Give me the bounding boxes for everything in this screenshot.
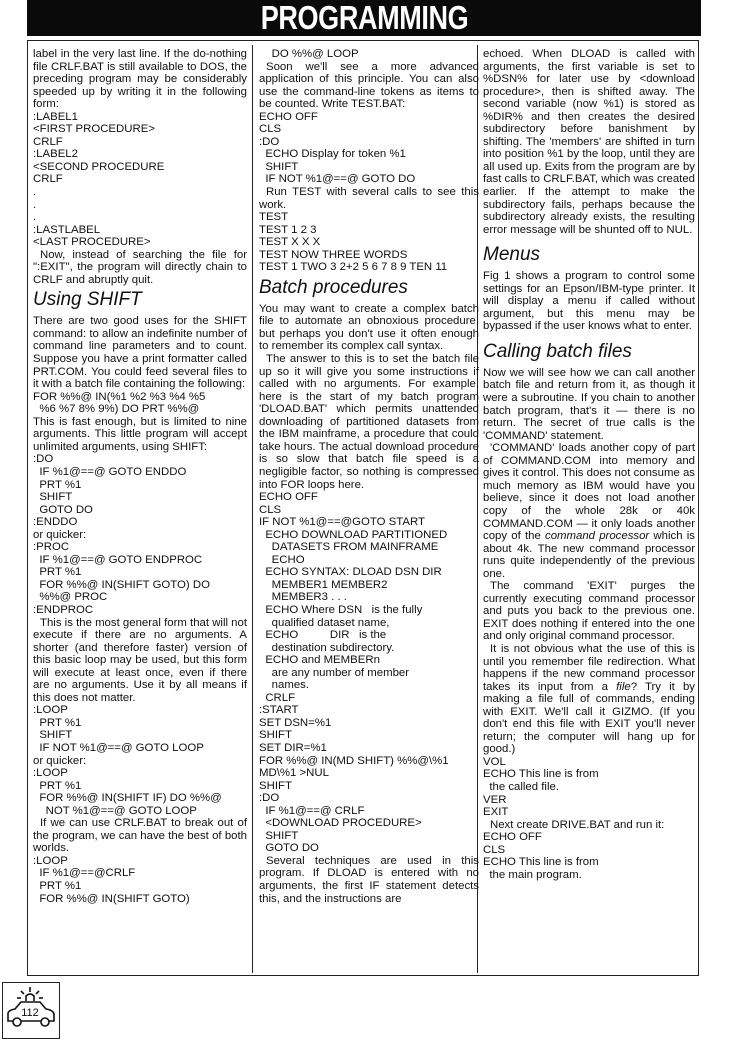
- code-line: IF NOT %1@==@GOTO START: [259, 516, 479, 529]
- code-line: FOR %%@ IN(SHIFT GOTO) DO: [33, 579, 247, 592]
- code-line: FOR %%@ IN(SHIFT IF) DO %%@: [33, 792, 247, 805]
- paragraph: Now we will see how we can call another …: [483, 367, 695, 442]
- code-line: SHIFT: [259, 780, 479, 793]
- code-line: :DO: [259, 136, 479, 149]
- code-line: are any number of member: [259, 667, 479, 680]
- code-line: SET DSN=%1: [259, 717, 479, 730]
- paragraph: You may want to create a complex batch f…: [259, 303, 479, 353]
- code-line: ECHO OFF: [259, 111, 479, 124]
- code-line: SHIFT: [33, 491, 247, 504]
- code-line: IF NOT %1@==@ GOTO LOOP: [33, 742, 247, 755]
- code-block: FOR %%@ IN(%1 %2 %3 %4 %5 %6 %7 8% 9%) D…: [33, 391, 247, 416]
- code-line: ECHO This line is from: [483, 856, 695, 869]
- paragraph: This is fast enough, but is limited to n…: [33, 416, 247, 454]
- code-line: CRLF: [33, 173, 247, 186]
- code-line: IF NOT %1@==@ GOTO DO: [259, 173, 479, 186]
- paragraph: echoed. When DLOAD is called with argume…: [483, 48, 695, 236]
- column-1: label in the very last line. If the do-n…: [33, 48, 247, 905]
- article-frame: label in the very last line. If the do-n…: [27, 40, 699, 976]
- code-line: SET DIR=%1: [259, 742, 479, 755]
- paragraph: Fig 1 shows a program to control some se…: [483, 270, 695, 333]
- code-line: :ENDPROC: [33, 604, 247, 617]
- code-line: ECHO OFF: [483, 831, 695, 844]
- paragraph: If we can use CRLF.BAT to break out of t…: [33, 817, 247, 855]
- column-3: echoed. When DLOAD is called with argume…: [483, 48, 695, 881]
- code-line: SHIFT: [259, 830, 479, 843]
- code-line: GOTO DO: [33, 504, 247, 517]
- emphasis: command processor: [545, 530, 649, 542]
- code-line: ECHO and MEMBERn: [259, 654, 479, 667]
- paragraph: It is not obvious what the use of this i…: [483, 643, 695, 756]
- code-line: PRT %1: [33, 479, 247, 492]
- heading-calling-batch-files: Calling batch files: [483, 341, 695, 363]
- code-block: DO %%@ LOOP: [259, 48, 479, 61]
- code-block: :DO IF %1@==@ GOTO ENDDO PRT %1 SHIFT GO…: [33, 453, 247, 616]
- code-line: IF %1@==@ CRLF: [259, 805, 479, 818]
- code-line: names.: [259, 679, 479, 692]
- code-line: MD\%1 >NUL: [259, 767, 479, 780]
- code-line: qualified dataset name,: [259, 617, 479, 630]
- code-line: :LABEL1: [33, 111, 247, 124]
- code-block: VOLECHO This line is from the called fil…: [483, 756, 695, 819]
- section-header: PROGRAMMING: [27, 0, 701, 36]
- paragraph: Several techniques are used in this prog…: [259, 855, 479, 905]
- code-line: <LAST PROCEDURE>: [33, 236, 247, 249]
- code-line: PRT %1: [33, 566, 247, 579]
- code-block: ECHO OFFCLS:DO ECHO Display for token %1…: [259, 111, 479, 186]
- code-line: <DOWNLOAD PROCEDURE>: [259, 817, 479, 830]
- code-line: MEMBER1 MEMBER2: [259, 579, 479, 592]
- code-line: NOT %1@==@ GOTO LOOP: [33, 805, 247, 818]
- code-line: :PROC: [33, 541, 247, 554]
- column-divider: [252, 45, 253, 973]
- paragraph: label in the very last line. If the do-n…: [33, 48, 247, 111]
- code-line: or quicker:: [33, 755, 247, 768]
- code-line: TEST 1 2 3: [259, 224, 479, 237]
- code-block: ECHO OFFCLSIF NOT %1@==@GOTO START ECHO …: [259, 491, 479, 855]
- heading-using-shift: Using SHIFT: [33, 289, 247, 311]
- code-line: FOR %%@ IN(SHIFT GOTO): [33, 893, 247, 906]
- paragraph: 'COMMAND' loads another copy of part of …: [483, 442, 695, 580]
- code-line: SHIFT: [259, 161, 479, 174]
- code-line: DATASETS FROM MAINFRAME: [259, 541, 479, 554]
- code-line: .: [33, 211, 247, 224]
- code-line: PRT %1: [33, 717, 247, 730]
- heading-menus: Menus: [483, 244, 695, 266]
- code-line: VER: [483, 794, 695, 807]
- code-line: ECHO: [259, 554, 479, 567]
- code-line: IF %1@==@ GOTO ENDDO: [33, 466, 247, 479]
- code-block: :LABEL1<FIRST PROCEDURE>CRLF:LABEL2<SECO…: [33, 111, 247, 249]
- code-line: IF %1@==@CRLF: [33, 867, 247, 880]
- code-line: CLS: [259, 504, 479, 517]
- paragraph: There are two good uses for the SHIFT co…: [33, 315, 247, 390]
- code-line: DO %%@ LOOP: [259, 48, 479, 61]
- code-line: :LOOP: [33, 855, 247, 868]
- paragraph: This is the most general form that will …: [33, 617, 247, 705]
- code-line: FOR %%@ IN(MD SHIFT) %%@\%1: [259, 755, 479, 768]
- code-line: <FIRST PROCEDURE>: [33, 123, 247, 136]
- code-line: .: [33, 186, 247, 199]
- code-line: FOR %%@ IN(%1 %2 %3 %4 %5: [33, 391, 247, 404]
- code-line: %6 %7 8% 9%) DO PRT %%@: [33, 403, 247, 416]
- code-block: :LOOP PRT %1 SHIFT IF NOT %1@==@ GOTO LO…: [33, 704, 247, 817]
- code-line: :DO: [33, 453, 247, 466]
- code-line: :LOOP: [33, 704, 247, 717]
- paragraph: Run TEST with several calls to see this …: [259, 186, 479, 211]
- code-line: EXIT: [483, 806, 695, 819]
- code-line: CLS: [259, 123, 479, 136]
- paragraph: Next create DRIVE.BAT and run it:: [483, 819, 695, 832]
- code-line: .: [33, 199, 247, 212]
- code-line: TEST NOW THREE WORDS: [259, 249, 479, 262]
- section-title: PROGRAMMING: [260, 0, 467, 36]
- code-line: CRLF: [259, 692, 479, 705]
- code-line: PRT %1: [33, 880, 247, 893]
- icon-label: 112: [21, 1007, 39, 1019]
- code-line: :LABEL2: [33, 148, 247, 161]
- code-line: ECHO DOWNLOAD PARTITIONED: [259, 529, 479, 542]
- code-line: TEST X X X: [259, 236, 479, 249]
- code-block: TESTTEST 1 2 3TEST X X XTEST NOW THREE W…: [259, 211, 479, 274]
- code-line: VOL: [483, 756, 695, 769]
- code-line: GOTO DO: [259, 842, 479, 855]
- code-block: ECHO OFFCLSECHO This line is from the ma…: [483, 831, 695, 881]
- code-line: :DO: [259, 792, 479, 805]
- police-car-icon: 112: [2, 982, 60, 1039]
- paragraph: Soon we'll see a more advanced applicati…: [259, 61, 479, 111]
- code-line: ECHO OFF: [259, 491, 479, 504]
- code-line: ECHO DIR is the: [259, 629, 479, 642]
- paragraph: The answer to this is to set the batch f…: [259, 353, 479, 491]
- code-line: ECHO SYNTAX: DLOAD DSN DIR: [259, 566, 479, 579]
- code-line: the called file.: [483, 781, 695, 794]
- code-line: ECHO Where DSN is the fully: [259, 604, 479, 617]
- code-line: :ENDDO: [33, 516, 247, 529]
- code-line: SHIFT: [259, 729, 479, 742]
- code-line: CRLF: [33, 136, 247, 149]
- code-line: ECHO Display for token %1: [259, 148, 479, 161]
- code-line: the main program.: [483, 869, 695, 882]
- code-line: CLS: [483, 844, 695, 857]
- paragraph: The command 'EXIT' purges the currently …: [483, 580, 695, 643]
- code-line: or quicker:: [33, 529, 247, 542]
- code-line: ECHO This line is from: [483, 768, 695, 781]
- code-block: :LOOP IF %1@==@CRLF PRT %1 FOR %%@ IN(SH…: [33, 855, 247, 905]
- paragraph: Now, instead of searching the file for "…: [33, 249, 247, 287]
- code-line: TEST: [259, 211, 479, 224]
- code-line: MEMBER3 . . .: [259, 591, 479, 604]
- code-line: IF %1@==@ GOTO ENDPROC: [33, 554, 247, 567]
- heading-batch-procedures: Batch procedures: [259, 277, 479, 299]
- code-line: :LOOP: [33, 767, 247, 780]
- code-line: <SECOND PROCEDURE: [33, 161, 247, 174]
- code-line: destination subdirectory.: [259, 642, 479, 655]
- code-line: :START: [259, 704, 479, 717]
- code-line: SHIFT: [33, 729, 247, 742]
- emphasis: file: [616, 681, 631, 693]
- code-line: TEST 1 TWO 3 2+2 5 6 7 8 9 TEN 11: [259, 261, 479, 274]
- code-line: PRT %1: [33, 780, 247, 793]
- code-line: :LASTLABEL: [33, 224, 247, 237]
- column-2: DO %%@ LOOP Soon we'll see a more advanc…: [259, 48, 479, 905]
- code-line: %%@ PROC: [33, 591, 247, 604]
